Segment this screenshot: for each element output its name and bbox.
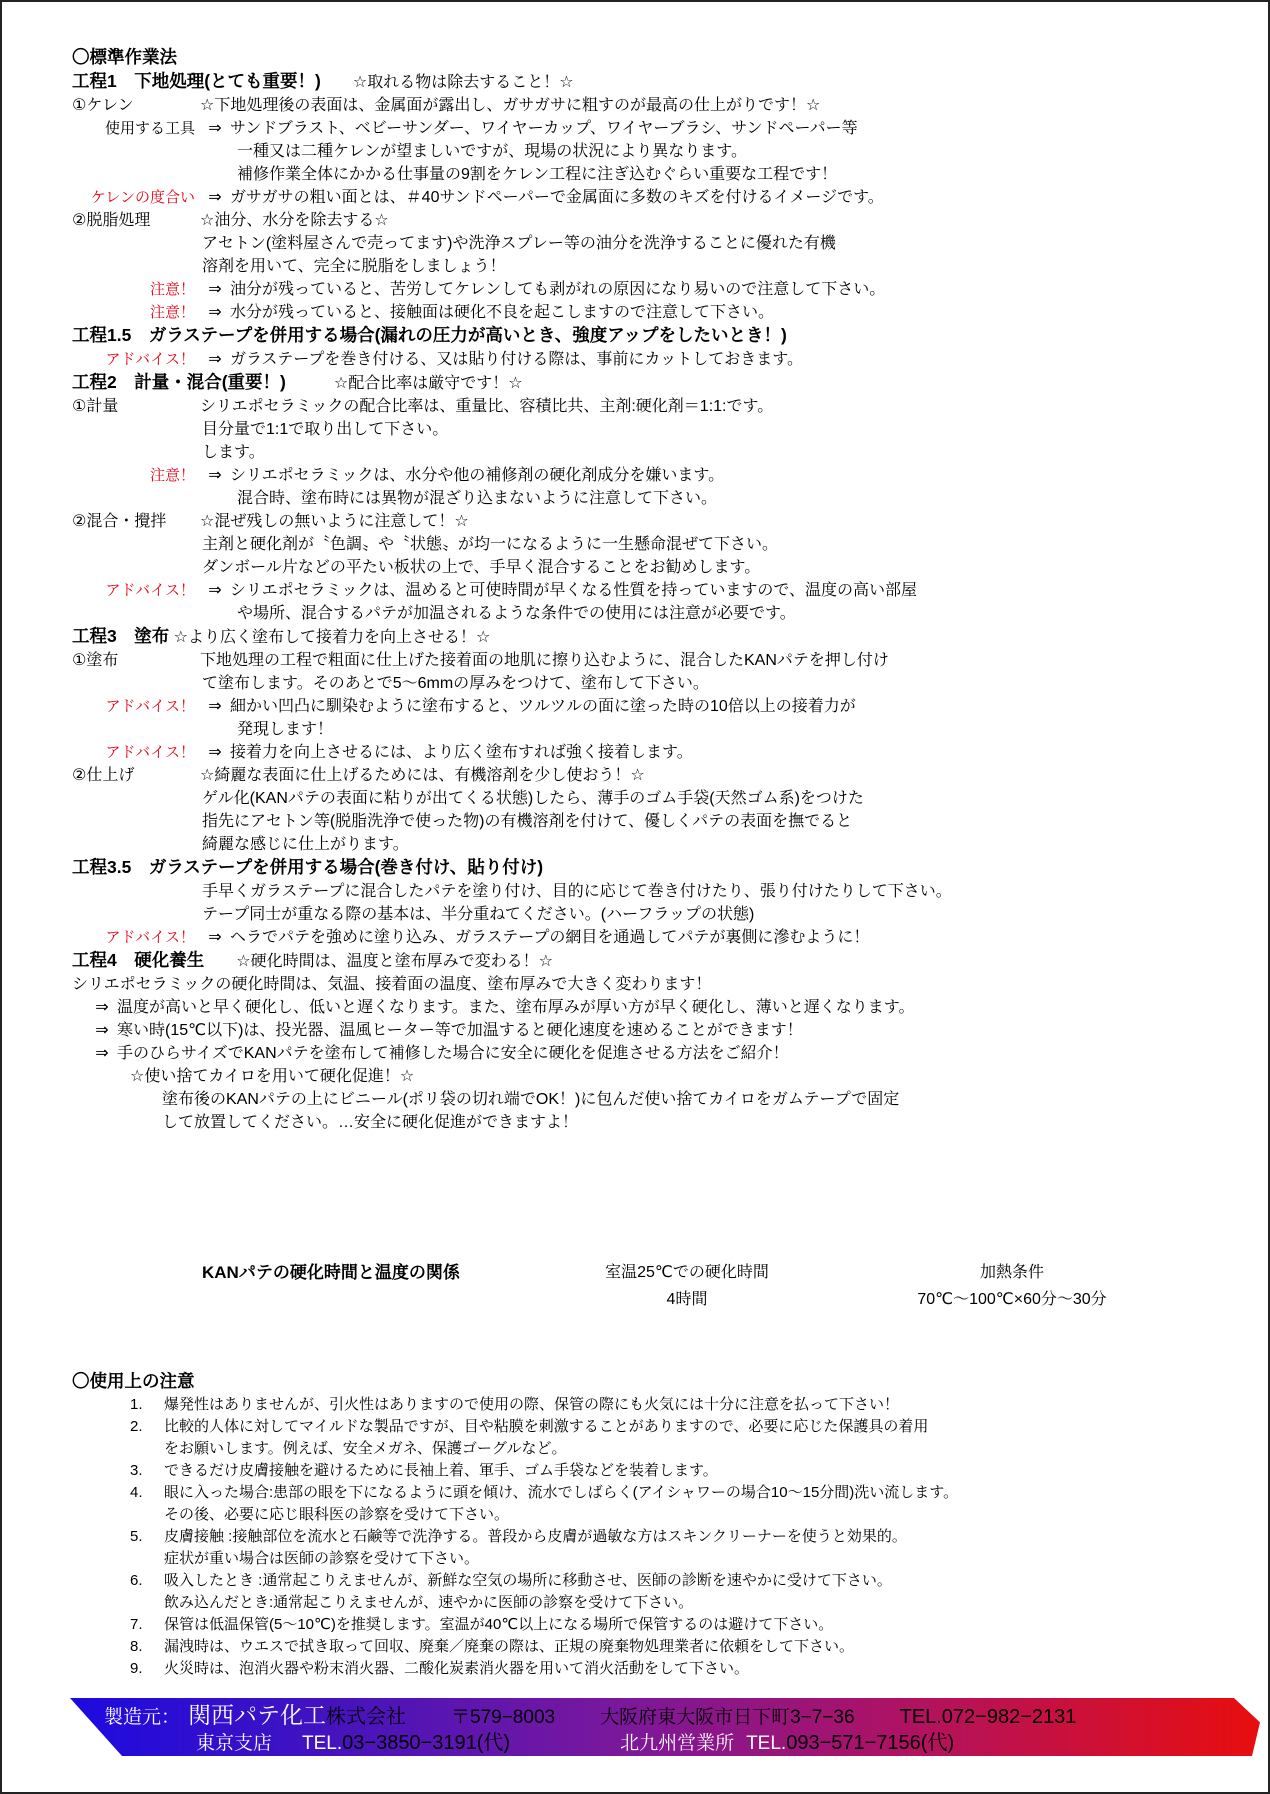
note-label: ケレンの度合い — [72, 186, 200, 209]
arrow-icon: ⇒ — [200, 464, 230, 487]
section-heading: 〇標準作業法 — [72, 46, 1250, 70]
note-label: アドバイス！ — [72, 348, 200, 371]
note-label: アドバイス！ — [72, 741, 200, 764]
precaution-text: できるだけ皮膚接触を避けるために長袖上着、軍手、ゴム手袋などを装着します。 — [164, 1460, 1250, 1482]
precaution-number: 9. — [130, 1658, 164, 1680]
text-line: 補修作業全体にかかる仕事量の9割をケレン工程に注ぎ込むぐらい重要な工程です！ — [237, 163, 1250, 186]
line-text: ゲル化(KANパテの表面に粘りが出てくる状態)したら、薄手のゴム手袋(天然ゴム系… — [202, 787, 864, 810]
arrow-icon: ⇒ — [87, 1042, 117, 1065]
precaution-item: 6.吸入したとき :通常起こりえませんが、新鮮な空気の場所に移動させ、医師の診断… — [130, 1570, 1250, 1614]
arrow-icon: ⇒ — [87, 1019, 117, 1042]
line-text: 水分が残っていると、接触面は硬化不良を起こしますので注意して下さい。 — [230, 301, 774, 324]
text-line: ダンボール片などの平たい板状の上で、手早く混合することをお勧めします。 — [202, 556, 1250, 579]
line-text: シリエポセラミックは、温めると可使時間が早くなる性質を持っていますので、温度の高… — [230, 579, 917, 602]
precaution-number: 2. — [130, 1416, 164, 1460]
arrow-line: ⇒寒い時(15℃以下)は、投光器、温風ヒーター等で加温すると硬化速度を速めること… — [87, 1019, 1250, 1042]
precaution-text: 爆発性はありませんが、引火性はありますので使用の際、保管の際にも火気には十分に注… — [164, 1394, 1250, 1416]
precaution-text: 症状が重い場合は医師の診察を受けて下さい。 — [164, 1548, 1250, 1570]
text-line: 一種又は二種ケレンが望ましいですが、現場の状況により異なります。 — [237, 140, 1250, 163]
line-text: 目分量で1:1で取り出して下さい。 — [202, 418, 448, 441]
precautions-heading: 〇使用上の注意 — [72, 1368, 1250, 1394]
cure-table-heat-value: 70℃～100℃×60分～30分 — [822, 1286, 1202, 1313]
note-line: アドバイス！⇒細かい凹凸に馴染むように塗布すると、ツルツルの面に塗った時の10倍… — [72, 695, 1250, 718]
item-label: 使用する工具 — [72, 117, 200, 140]
banner-text-segment: TEL.072−982−2131 — [900, 1705, 1077, 1729]
text-line: や場所、混合するパテが加温されるような条件での使用には注意が必要です。 — [237, 602, 1250, 625]
step-line: ②脱脂処理☆油分、水分を除去する☆ — [72, 209, 1250, 232]
precaution-number: 1. — [130, 1394, 164, 1416]
arrow-icon: ⇒ — [200, 695, 230, 718]
section-heading: 工程2 計量・混合(重要！) ☆配合比率は厳守です！☆ — [72, 371, 1250, 395]
line-text: 油分が残っていると、苦労してケレンしても剥がれの原因になり易いので注意して下さい… — [230, 278, 885, 301]
precaution-number: 3. — [130, 1460, 164, 1482]
step-line: ②混合・攪拌☆混ぜ残しの無いように注意して！☆ — [72, 510, 1250, 533]
item-label: ②仕上げ — [72, 764, 200, 787]
line-text: ☆使い捨てカイロを用いて硬化促進！☆ — [130, 1065, 414, 1088]
section-heading: 工程3 塗布 ☆より広く塗布して接着力を向上させる！☆ — [72, 625, 1250, 649]
line-text: 接着力を向上させるには、より広く塗布すれば強く接着します。 — [230, 741, 693, 764]
text-line: 手早くガラステープに混合したパテを塗り付け、目的に応じて巻き付けたり、張り付けた… — [202, 880, 1250, 903]
arrow-icon: ⇒ — [200, 278, 230, 301]
precaution-text: その後、必要に応じ眼科医の診察を受けて下さい。 — [164, 1504, 1250, 1526]
cure-table-title: KANパテの硬化時間と温度の関係 — [202, 1259, 552, 1286]
standard-method-section: 〇標準作業法工程1 下地処理(とても重要！) ☆取れる物は除去すること！☆①ケレ… — [72, 46, 1250, 1134]
note-line: アドバイス！⇒ヘラでパテを強めに塗り込み、ガラステープの網目を通過してパテが裏側… — [72, 926, 1250, 949]
cure-table-spacer — [202, 1286, 552, 1313]
arrow-icon: ⇒ — [200, 301, 230, 324]
note-line: 注意！⇒シリエポセラミックは、水分や他の補修剤の硬化剤成分を嫌います。 — [72, 464, 1250, 487]
precaution-text: 保管は低温保管(5～10℃)を推奨します。室温が40℃以上になる場所で保管するの… — [164, 1614, 1250, 1636]
note-line: 注意！⇒油分が残っていると、苦労してケレンしても剥がれの原因になり易いので注意し… — [72, 278, 1250, 301]
precautions-list: 1.爆発性はありませんが、引火性はありますので使用の際、保管の際にも火気には十分… — [72, 1394, 1250, 1680]
text-line: ☆使い捨てカイロを用いて硬化促進！☆ — [130, 1065, 1250, 1088]
text-line: アセトン(塗料屋さんで売ってます)や洗浄スプレー等の油分を洗浄することに優れた有… — [202, 232, 1250, 255]
item-label: ①ケレン — [72, 94, 200, 117]
banner-text-segment: TEL. — [302, 1732, 342, 1756]
line-text: して放置してください。…安全に硬化促進ができますよ！ — [162, 1111, 578, 1134]
precaution-item: 9.火災時は、泡消火器や粉末消火器、二酸化炭素消火器を用いて消火活動をして下さい… — [130, 1658, 1250, 1680]
line-text: アセトン(塗料屋さんで売ってます)や洗浄スプレー等の油分を洗浄することに優れた有… — [202, 232, 836, 255]
note-label: 注意！ — [72, 278, 200, 301]
precaution-number: 7. — [130, 1614, 164, 1636]
note-label: アドバイス！ — [72, 695, 200, 718]
line-text: 下地処理の工程で粗面に仕上げた接着面の地肌に擦り込むように、混合したKANパテを… — [200, 649, 889, 672]
banner-text-segment: 〒579−8003 — [451, 1706, 555, 1730]
banner-text-segment: 093−571−7156(代) — [786, 1731, 954, 1755]
precaution-item: 5.皮膚接触 :接触部位を流水と石鹸等で洗浄する。普段から皮膚が過敏な方はスキン… — [130, 1526, 1250, 1570]
step-line: ①塗布下地処理の工程で粗面に仕上げた接着面の地肌に擦り込むように、混合したKAN… — [72, 649, 1250, 672]
banner-text-segment: TEL. — [746, 1732, 786, 1756]
precaution-number: 4. — [130, 1482, 164, 1526]
cure-time-table: KANパテの硬化時間と温度の関係 室温25℃での硬化時間 加熱条件 4時間 70… — [72, 1259, 1250, 1313]
line-text: 混合時、塗布時には異物が混ざり込まないように注意して下さい。 — [237, 487, 717, 510]
cure-table-room-value: 4時間 — [552, 1286, 822, 1313]
precaution-number: 8. — [130, 1636, 164, 1658]
arrow-icon: ⇒ — [200, 579, 230, 602]
precautions-section: 〇使用上の注意 1.爆発性はありませんが、引火性はありますので使用の際、保管の際… — [72, 1368, 1250, 1680]
precaution-item: 7.保管は低温保管(5～10℃)を推奨します。室温が40℃以上になる場所で保管す… — [130, 1614, 1250, 1636]
text-line: ゲル化(KANパテの表面に粘りが出てくる状態)したら、薄手のゴム手袋(天然ゴム系… — [202, 787, 1250, 810]
line-text: ガラステープを巻き付ける、又は貼り付ける際は、事前にカットしておきます。 — [230, 348, 803, 371]
precaution-text: 吸入したとき :通常起こりえませんが、新鮮な空気の場所に移動させ、医師の診断を速… — [164, 1570, 1250, 1592]
line-text: 温度が高いと早く硬化し、低いと遅くなります。また、塗布厚みが厚い方が早く硬化し、… — [117, 996, 914, 1019]
line-text: 補修作業全体にかかる仕事量の9割をケレン工程に注ぎ込むぐらい重要な工程です！ — [237, 163, 837, 186]
precaution-item: 2.比較的人体に対してマイルドな製品ですが、目や粘膜を刺激することがありますので… — [130, 1416, 1250, 1460]
precaution-text: 眼に入った場合:患部の眼を下になるように頭を傾け、流水でしばらく(アイシャワーの… — [164, 1482, 1250, 1504]
cure-table-value-row: 4時間 70℃～100℃×60分～30分 — [72, 1286, 1250, 1313]
text-line: して放置してください。…安全に硬化促進ができますよ！ — [162, 1111, 1250, 1134]
note-line: 注意！⇒水分が残っていると、接触面は硬化不良を起こしますので注意して下さい。 — [72, 301, 1250, 324]
precaution-text: 皮膚接触 :接触部位を流水と石鹸等で洗浄する。普段から皮膚が過敏な方はスキンクリ… — [164, 1526, 1250, 1548]
arrow-icon: ⇒ — [200, 117, 230, 140]
text-line: て塗布します。そのあとで5～6mmの厚みをつけて、塗布して下さい。 — [202, 672, 1250, 695]
arrow-icon: ⇒ — [87, 996, 117, 1019]
banner-text-segment: 東京支店 — [196, 1732, 272, 1756]
banner-line2: 東京支店TEL.03−3850−3191(代)北九州営業所TEL.093−571… — [70, 1731, 1260, 1757]
step-line: ①ケレン☆下地処理後の表面は、金属面が露出し、ガサガサに粗すのが最高の仕上がりで… — [72, 94, 1250, 117]
line-text: 主剤と硬化剤が〝色調〟や〝状態〟が均一になるように一生懸命混ぜて下さい。 — [202, 533, 778, 556]
arrow-icon: ⇒ — [200, 348, 230, 371]
line-text: ガサガサの粗い面とは、＃40サンドペーパーで金属面に多数のキズを付けるイメージで… — [230, 186, 884, 209]
banner-text-segment: 大阪府東大阪市日下町3−7−36 — [600, 1706, 854, 1730]
arrow-icon: ⇒ — [200, 741, 230, 764]
section-heading: 工程3.5 ガラステープを併用する場合(巻き付け、貼り付け) — [72, 856, 1250, 880]
arrow-line: ⇒手のひらサイズでKANパテを塗布して補修した場合に安全に硬化を促進させる方法を… — [87, 1042, 1250, 1065]
precaution-text: 飲み込んだとき:通常起こりえませんが、速やかに医師の診察を受けて下さい。 — [164, 1592, 1250, 1614]
banner-text-segment: 株式会社 — [326, 1705, 406, 1729]
arrow-icon: ⇒ — [200, 186, 230, 209]
line-text: 細かい凹凸に馴染むように塗布すると、ツルツルの面に塗った時の10倍以上の接着力が — [230, 695, 856, 718]
line-text: ☆油分、水分を除去する☆ — [200, 209, 389, 232]
line-text: シリエポセラミックの配合比率は、重量比、容積比共、主剤:硬化剤＝1:1:です。 — [200, 395, 773, 418]
line-text: 塗布後のKANパテの上にビニール(ポリ袋の切れ端でOK！)に包んだ使い捨てカイロ… — [162, 1088, 899, 1111]
precaution-text: 漏洩時は、ウエスで拭き取って回収、廃棄／廃棄の際は、正規の廃棄物処理業者に依頼を… — [164, 1636, 1250, 1658]
line-text: サンドブラスト、ベビーサンダー、ワイヤーカップ、ワイヤーブラシ、サンドペーパー等 — [230, 117, 858, 140]
note-line: アドバイス！⇒接着力を向上させるには、より広く塗布すれば強く接着します。 — [72, 741, 1250, 764]
line-text: 工程3 塗布 ☆より広く塗布して接着力を向上させる！☆ — [72, 625, 490, 649]
banner-text-segment: 関西パテ化工 — [188, 1703, 326, 1727]
text-line: 溶剤を用いて、完全に脱脂をしましょう！ — [202, 255, 1250, 278]
note-label: アドバイス！ — [72, 579, 200, 602]
line-text: 工程3.5 ガラステープを併用する場合(巻き付け、貼り付け) — [72, 856, 543, 880]
line-text: 指先にアセトン等(脱脂洗浄で使った物)の有機溶剤を付けて、優しくパテの表面を撫で… — [202, 810, 852, 833]
item-label: ①計量 — [72, 395, 200, 418]
manufacturer-banner: 製造元：関西パテ化工株式会社〒579−8003大阪府東大阪市日下町3−7−36T… — [70, 1698, 1260, 1756]
note-label: アドバイス！ — [72, 926, 200, 949]
line-text: ☆混ぜ残しの無いように注意して！☆ — [200, 510, 469, 533]
section-heading: 工程1.5 ガラステープを併用する場合(漏れの圧力が高いとき、強度アップをしたい… — [72, 324, 1250, 348]
precaution-number: 6. — [130, 1570, 164, 1614]
banner-text-segment: 製造元： — [104, 1706, 180, 1730]
item-label: ②脱脂処理 — [72, 209, 200, 232]
note-label: 注意！ — [72, 464, 200, 487]
line-text: 工程2 計量・混合(重要！) ☆配合比率は厳守です！☆ — [72, 371, 523, 395]
section-heading: 工程4 硬化養生 ☆硬化時間は、温度と塗布厚みで変わる！☆ — [72, 949, 1250, 973]
line-text: 発現します！ — [237, 718, 333, 741]
item-label: ②混合・攪拌 — [72, 510, 200, 533]
banner-text-segment: 03−3850−3191(代) — [342, 1731, 510, 1755]
precaution-item: 3.できるだけ皮膚接触を避けるために長袖上着、軍手、ゴム手袋などを装着します。 — [130, 1460, 1250, 1482]
step-line: 使用する工具⇒サンドブラスト、ベビーサンダー、ワイヤーカップ、ワイヤーブラシ、サ… — [72, 117, 1250, 140]
section-heading: 工程1 下地処理(とても重要！) ☆取れる物は除去すること！☆ — [72, 70, 1250, 94]
text-line: 混合時、塗布時には異物が混ざり込まないように注意して下さい。 — [237, 487, 1250, 510]
text-line: 塗布後のKANパテの上にビニール(ポリ袋の切れ端でOK！)に包んだ使い捨てカイロ… — [162, 1088, 1250, 1111]
note-line: ケレンの度合い⇒ガサガサの粗い面とは、＃40サンドペーパーで金属面に多数のキズを… — [72, 186, 1250, 209]
precaution-item: 4.眼に入った場合:患部の眼を下になるように頭を傾け、流水でしばらく(アイシャワ… — [130, 1482, 1250, 1526]
arrow-line: ⇒温度が高いと早く硬化し、低いと遅くなります。また、塗布厚みが厚い方が早く硬化し… — [87, 996, 1250, 1019]
text-line: 主剤と硬化剤が〝色調〟や〝状態〟が均一になるように一生懸命混ぜて下さい。 — [202, 533, 1250, 556]
line-text: します。 — [202, 441, 265, 464]
precaution-number: 5. — [130, 1526, 164, 1570]
text-line: 目分量で1:1で取り出して下さい。 — [202, 418, 1250, 441]
line-text: 綺麗な感じに仕上がります。 — [202, 833, 409, 856]
precaution-text: をお願いします。例えば、安全メガネ、保護ゴーグルなど。 — [164, 1438, 1250, 1460]
text-line: 指先にアセトン等(脱脂洗浄で使った物)の有機溶剤を付けて、優しくパテの表面を撫で… — [202, 810, 1250, 833]
line-text: 手早くガラステープに混合したパテを塗り付け、目的に応じて巻き付けたり、張り付けた… — [202, 880, 952, 903]
line-text: 一種又は二種ケレンが望ましいですが、現場の状況により異なります。 — [237, 140, 747, 163]
note-line: アドバイス！⇒シリエポセラミックは、温めると可使時間が早くなる性質を持っています… — [72, 579, 1250, 602]
cure-table-header-row: KANパテの硬化時間と温度の関係 室温25℃での硬化時間 加熱条件 — [72, 1259, 1250, 1286]
precaution-item: 8.漏洩時は、ウエスで拭き取って回収、廃棄／廃棄の際は、正規の廃棄物処理業者に依… — [130, 1636, 1250, 1658]
line-text: ☆綺麗な表面に仕上げるためには、有機溶剤を少し使おう！☆ — [200, 764, 645, 787]
precaution-text: 火災時は、泡消火器や粉末消火器、二酸化炭素消火器を用いて消火活動をして下さい。 — [164, 1658, 1250, 1680]
text-line: テープ同士が重なる際の基本は、半分重ねてください。(ハーフラップの状態) — [202, 903, 1250, 926]
line-text: て塗布します。そのあとで5～6mmの厚みをつけて、塗布して下さい。 — [202, 672, 709, 695]
step-line: ①計量シリエポセラミックの配合比率は、重量比、容積比共、主剤:硬化剤＝1:1:で… — [72, 395, 1250, 418]
cure-table-room-header: 室温25℃での硬化時間 — [552, 1259, 822, 1286]
document-page: 〇標準作業法工程1 下地処理(とても重要！) ☆取れる物は除去すること！☆①ケレ… — [0, 0, 1270, 1794]
note-label: 注意！ — [72, 301, 200, 324]
line-text: 工程4 硬化養生 ☆硬化時間は、温度と塗布厚みで変わる！☆ — [72, 949, 553, 973]
line-text: 溶剤を用いて、完全に脱脂をしましょう！ — [202, 255, 506, 278]
line-text: シリエポセラミックの硬化時間は、気温、接着面の温度、塗布厚みで大きく変わります！ — [72, 973, 711, 996]
cure-table-heat-header: 加熱条件 — [822, 1259, 1202, 1286]
line-text: ダンボール片などの平たい板状の上で、手早く混合することをお勧めします。 — [202, 556, 760, 579]
line-text: 手のひらサイズでKANパテを塗布して補修した場合に安全に硬化を促進させる方法をご… — [117, 1042, 789, 1065]
step-line: ②仕上げ☆綺麗な表面に仕上げるためには、有機溶剤を少し使おう！☆ — [72, 764, 1250, 787]
precaution-text: 比較的人体に対してマイルドな製品ですが、目や粘膜を刺激することがありますので、必… — [164, 1416, 1250, 1438]
precaution-item: 1.爆発性はありませんが、引火性はありますので使用の際、保管の際にも火気には十分… — [130, 1394, 1250, 1416]
text-line: 綺麗な感じに仕上がります。 — [202, 833, 1250, 856]
line-text: 工程1.5 ガラステープを併用する場合(漏れの圧力が高いとき、強度アップをしたい… — [72, 324, 787, 348]
item-label: ①塗布 — [72, 649, 200, 672]
line-text: 工程1 下地処理(とても重要！) ☆取れる物は除去すること！☆ — [72, 70, 574, 94]
line-text: や場所、混合するパテが加温されるような条件での使用には注意が必要です。 — [237, 602, 796, 625]
banner-line1: 製造元：関西パテ化工株式会社〒579−8003大阪府東大阪市日下町3−7−36T… — [70, 1703, 1260, 1731]
text-line: 発現します！ — [237, 718, 1250, 741]
line-text: シリエポセラミックは、水分や他の補修剤の硬化剤成分を嫌います。 — [230, 464, 724, 487]
text-line: します。 — [202, 441, 1250, 464]
line-text: 寒い時(15℃以下)は、投光器、温風ヒーター等で加温すると硬化速度を速めることが… — [117, 1019, 803, 1042]
arrow-icon: ⇒ — [200, 926, 230, 949]
line-text: ヘラでパテを強めに塗り込み、ガラステープの網目を通過してパテが裏側に滲むように！ — [230, 926, 869, 949]
banner-text-segment: 北九州営業所 — [620, 1732, 734, 1756]
line-text: ☆下地処理後の表面は、金属面が露出し、ガサガサに粗すのが最高の仕上がりです！☆ — [200, 94, 820, 117]
text-line: シリエポセラミックの硬化時間は、気温、接着面の温度、塗布厚みで大きく変わります！ — [72, 973, 1250, 996]
line-text: 〇標準作業法 — [72, 46, 177, 70]
line-text: テープ同士が重なる際の基本は、半分重ねてください。(ハーフラップの状態) — [202, 903, 754, 926]
note-line: アドバイス！⇒ガラステープを巻き付ける、又は貼り付ける際は、事前にカットしておき… — [72, 348, 1250, 371]
